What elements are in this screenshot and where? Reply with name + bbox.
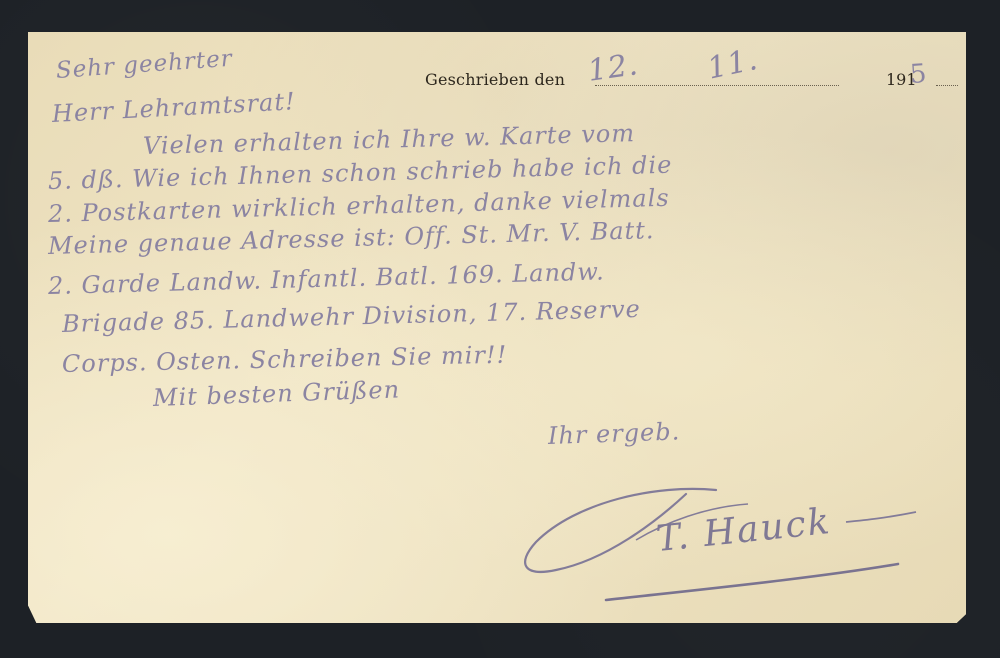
handwritten-date-month: 11. [704, 42, 761, 87]
signature: T. Hauck [516, 482, 936, 612]
year-dotted-line [936, 85, 958, 86]
handwritten-year-digit: 5 [909, 59, 929, 90]
handwritten-line: Corps. Osten. Schreiben Sie mir!! [62, 341, 508, 378]
postcard: Geschrieben den 191 12. 11. 5 Sehr geehr… [28, 32, 966, 623]
handwritten-line: Sehr geehrter [55, 46, 233, 84]
handwritten-date-day: 12. [586, 47, 641, 89]
printed-date-label: Geschrieben den [425, 70, 565, 89]
handwritten-line: 2. Garde Landw. Infantl. Batl. 169. Land… [48, 257, 605, 300]
handwritten-line: Herr Lehramtsrat! [51, 87, 296, 128]
handwritten-closing: Mit besten Grüßen [153, 375, 401, 412]
handwritten-valediction: Ihr ergeb. [548, 417, 681, 450]
handwritten-line: Brigade 85. Landwehr Division, 17. Reser… [62, 295, 641, 338]
